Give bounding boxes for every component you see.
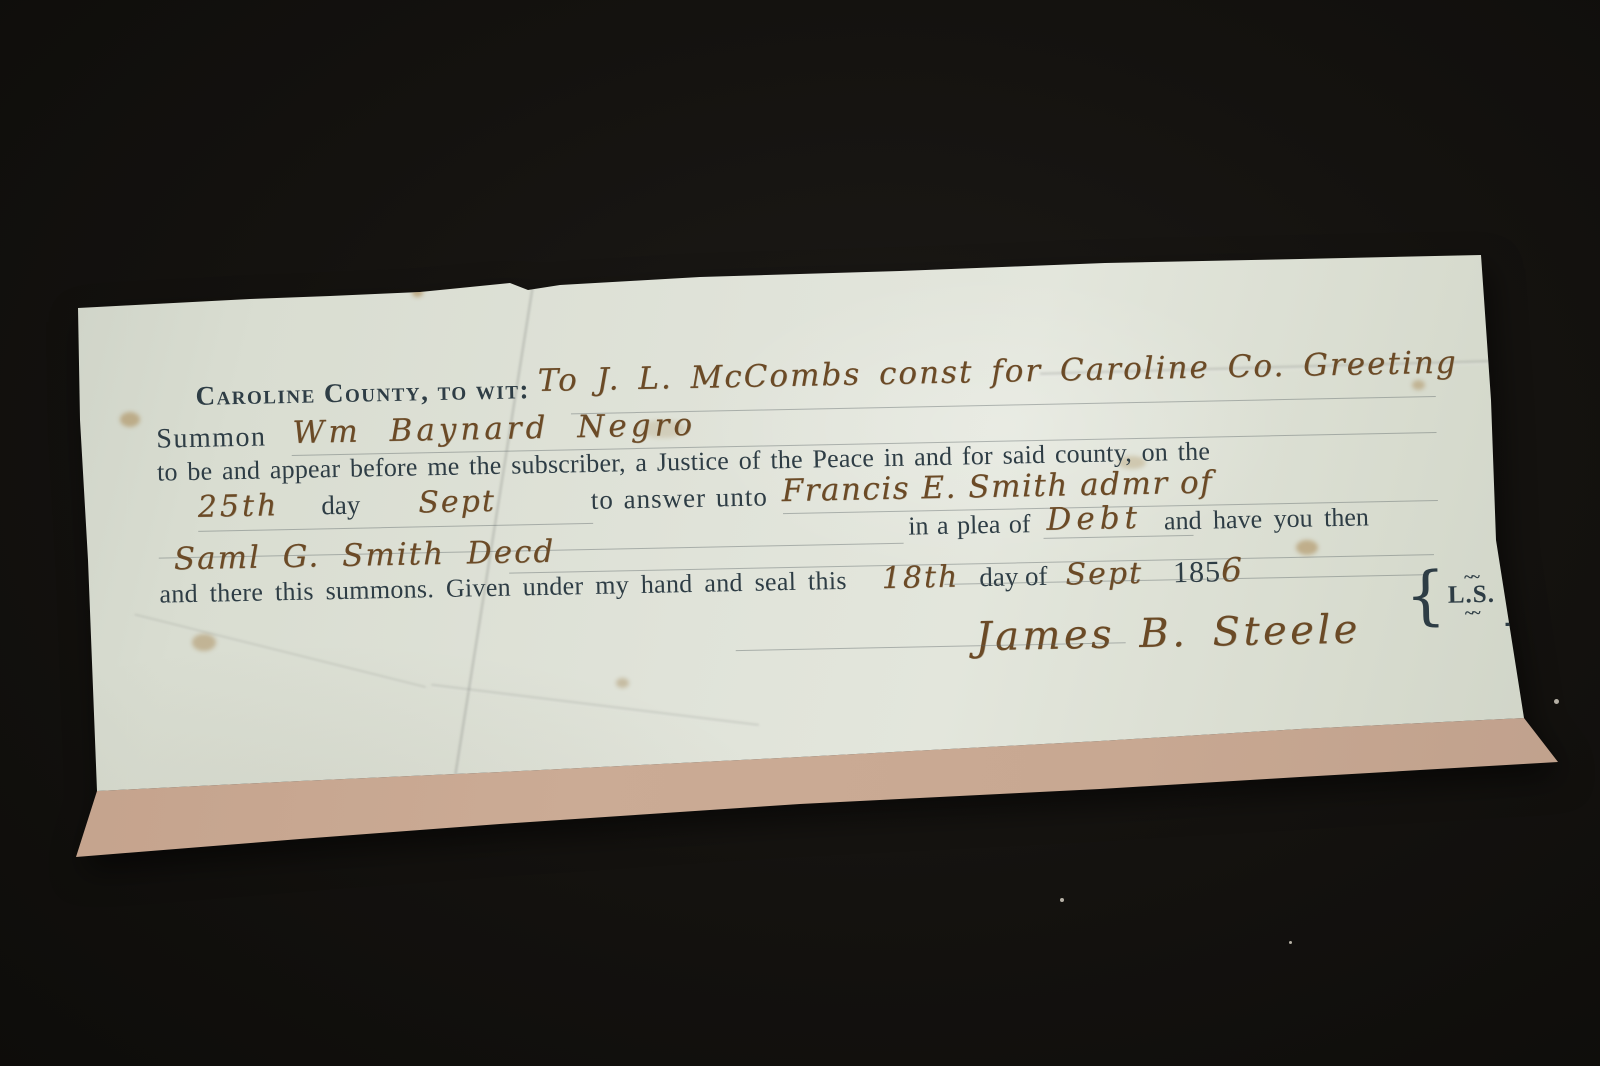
signature-handwriting: James B. Steele	[975, 607, 1361, 661]
day-of-label: day of	[979, 561, 1048, 593]
ruled-line	[198, 523, 593, 532]
form-text: Caroline County, to wit:To J. L. McCombs…	[140, 343, 1476, 700]
seal-left-brace: {	[1405, 564, 1447, 629]
have-you-then-label: and have you then	[1164, 502, 1369, 536]
heading-line: Caroline County, to wit:To J. L. McCombs…	[195, 352, 1458, 413]
year-value: 1856	[1173, 550, 1243, 590]
summons-document: Caroline County, to wit:To J. L. McCombs…	[0, 0, 1600, 1066]
seal-center: ~~ L.S. ~~	[1447, 572, 1495, 619]
ink-stain	[412, 288, 423, 297]
county-heading: Caroline County, to wit:	[195, 374, 530, 411]
addressee-handwriting: To J. L. McCombs const for Caroline Co. …	[537, 345, 1458, 399]
defendant-handwriting: Wm Baynard Negro	[292, 407, 696, 451]
photograph-background: Caroline County, to wit:To J. L. McCombs…	[0, 0, 1600, 1066]
answer-unto-label: to answer unto	[591, 481, 769, 516]
year-printed-digits: 185	[1173, 555, 1222, 589]
ink-stain	[120, 412, 140, 427]
year-handwritten-digit: 6	[1221, 550, 1243, 589]
closing-text: and there this summons. Given under my h…	[159, 566, 847, 610]
plea-handwriting: Debt	[1046, 500, 1142, 538]
seal-squiggle-bottom: ~~	[1465, 608, 1479, 618]
day-handwriting: 25th	[197, 488, 279, 525]
summon-label: Summon	[156, 421, 267, 455]
seal-right-brace: }	[1496, 562, 1538, 627]
seal-month-handwriting: Sept	[1065, 556, 1143, 593]
plea-label: in a plea of	[908, 509, 1031, 541]
signature-line: James B. Steele { ~~ L.S. ~~ }	[975, 586, 1539, 661]
month-handwriting: Sept	[418, 484, 496, 521]
seal-day-handwriting: 18th	[881, 560, 959, 597]
ls-seal: { ~~ L.S. ~~ }	[1405, 562, 1539, 629]
paper-sheet: Caroline County, to wit:To J. L. McCombs…	[0, 0, 1600, 1066]
day-label: day	[321, 490, 361, 522]
